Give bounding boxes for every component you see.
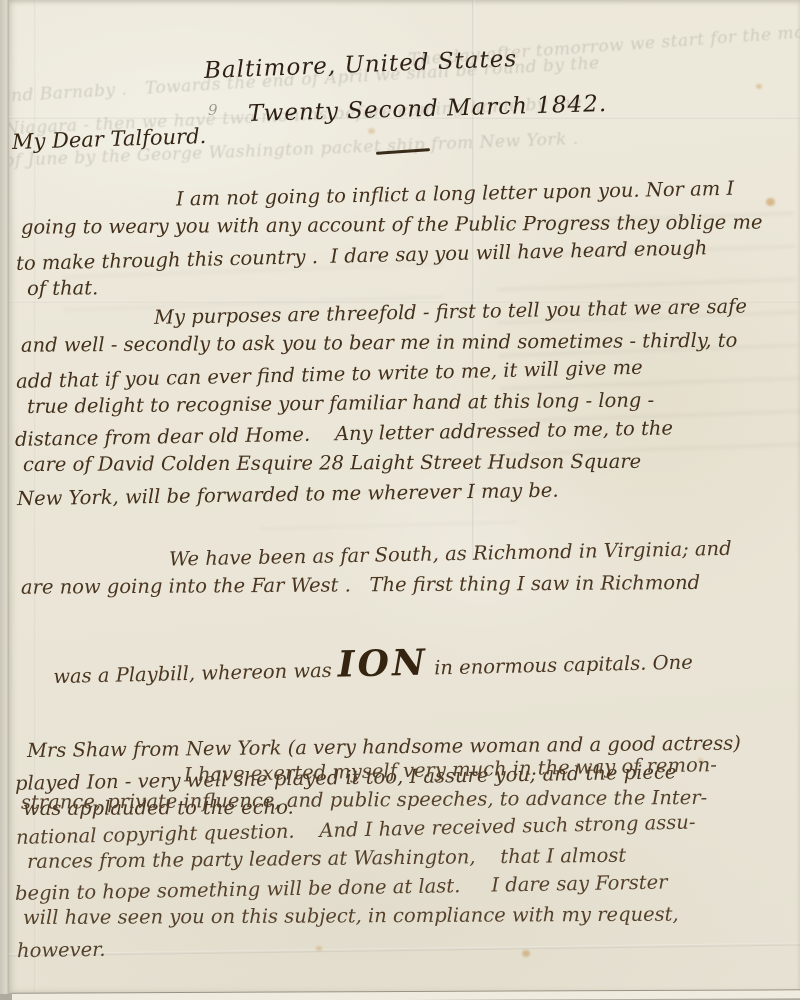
paragraph-2: My purposes are threefold - first to tel… — [14, 298, 800, 508]
pencil-annotation: 9 — [208, 101, 218, 119]
paragraph-4: I have exerted myself very much in the w… — [14, 756, 800, 959]
dateline-date: Twenty Second March 1842. — [248, 91, 608, 127]
line-text: was a Playbill, whereon was — [53, 659, 338, 688]
foxing-stain — [368, 128, 375, 134]
line-text: in enormous capitals. One — [428, 651, 693, 680]
letter-line: was a Playbill, whereon was ION in enorm… — [15, 591, 800, 741]
paragraph-1: I am not going to inflict a long letter … — [14, 180, 800, 300]
foxing-stain — [756, 84, 762, 89]
ion-large-caps: ION — [337, 642, 428, 686]
letter-sheet: The day after tomorrow we start for the … — [8, 0, 800, 993]
page-left-edge — [0, 0, 9, 994]
